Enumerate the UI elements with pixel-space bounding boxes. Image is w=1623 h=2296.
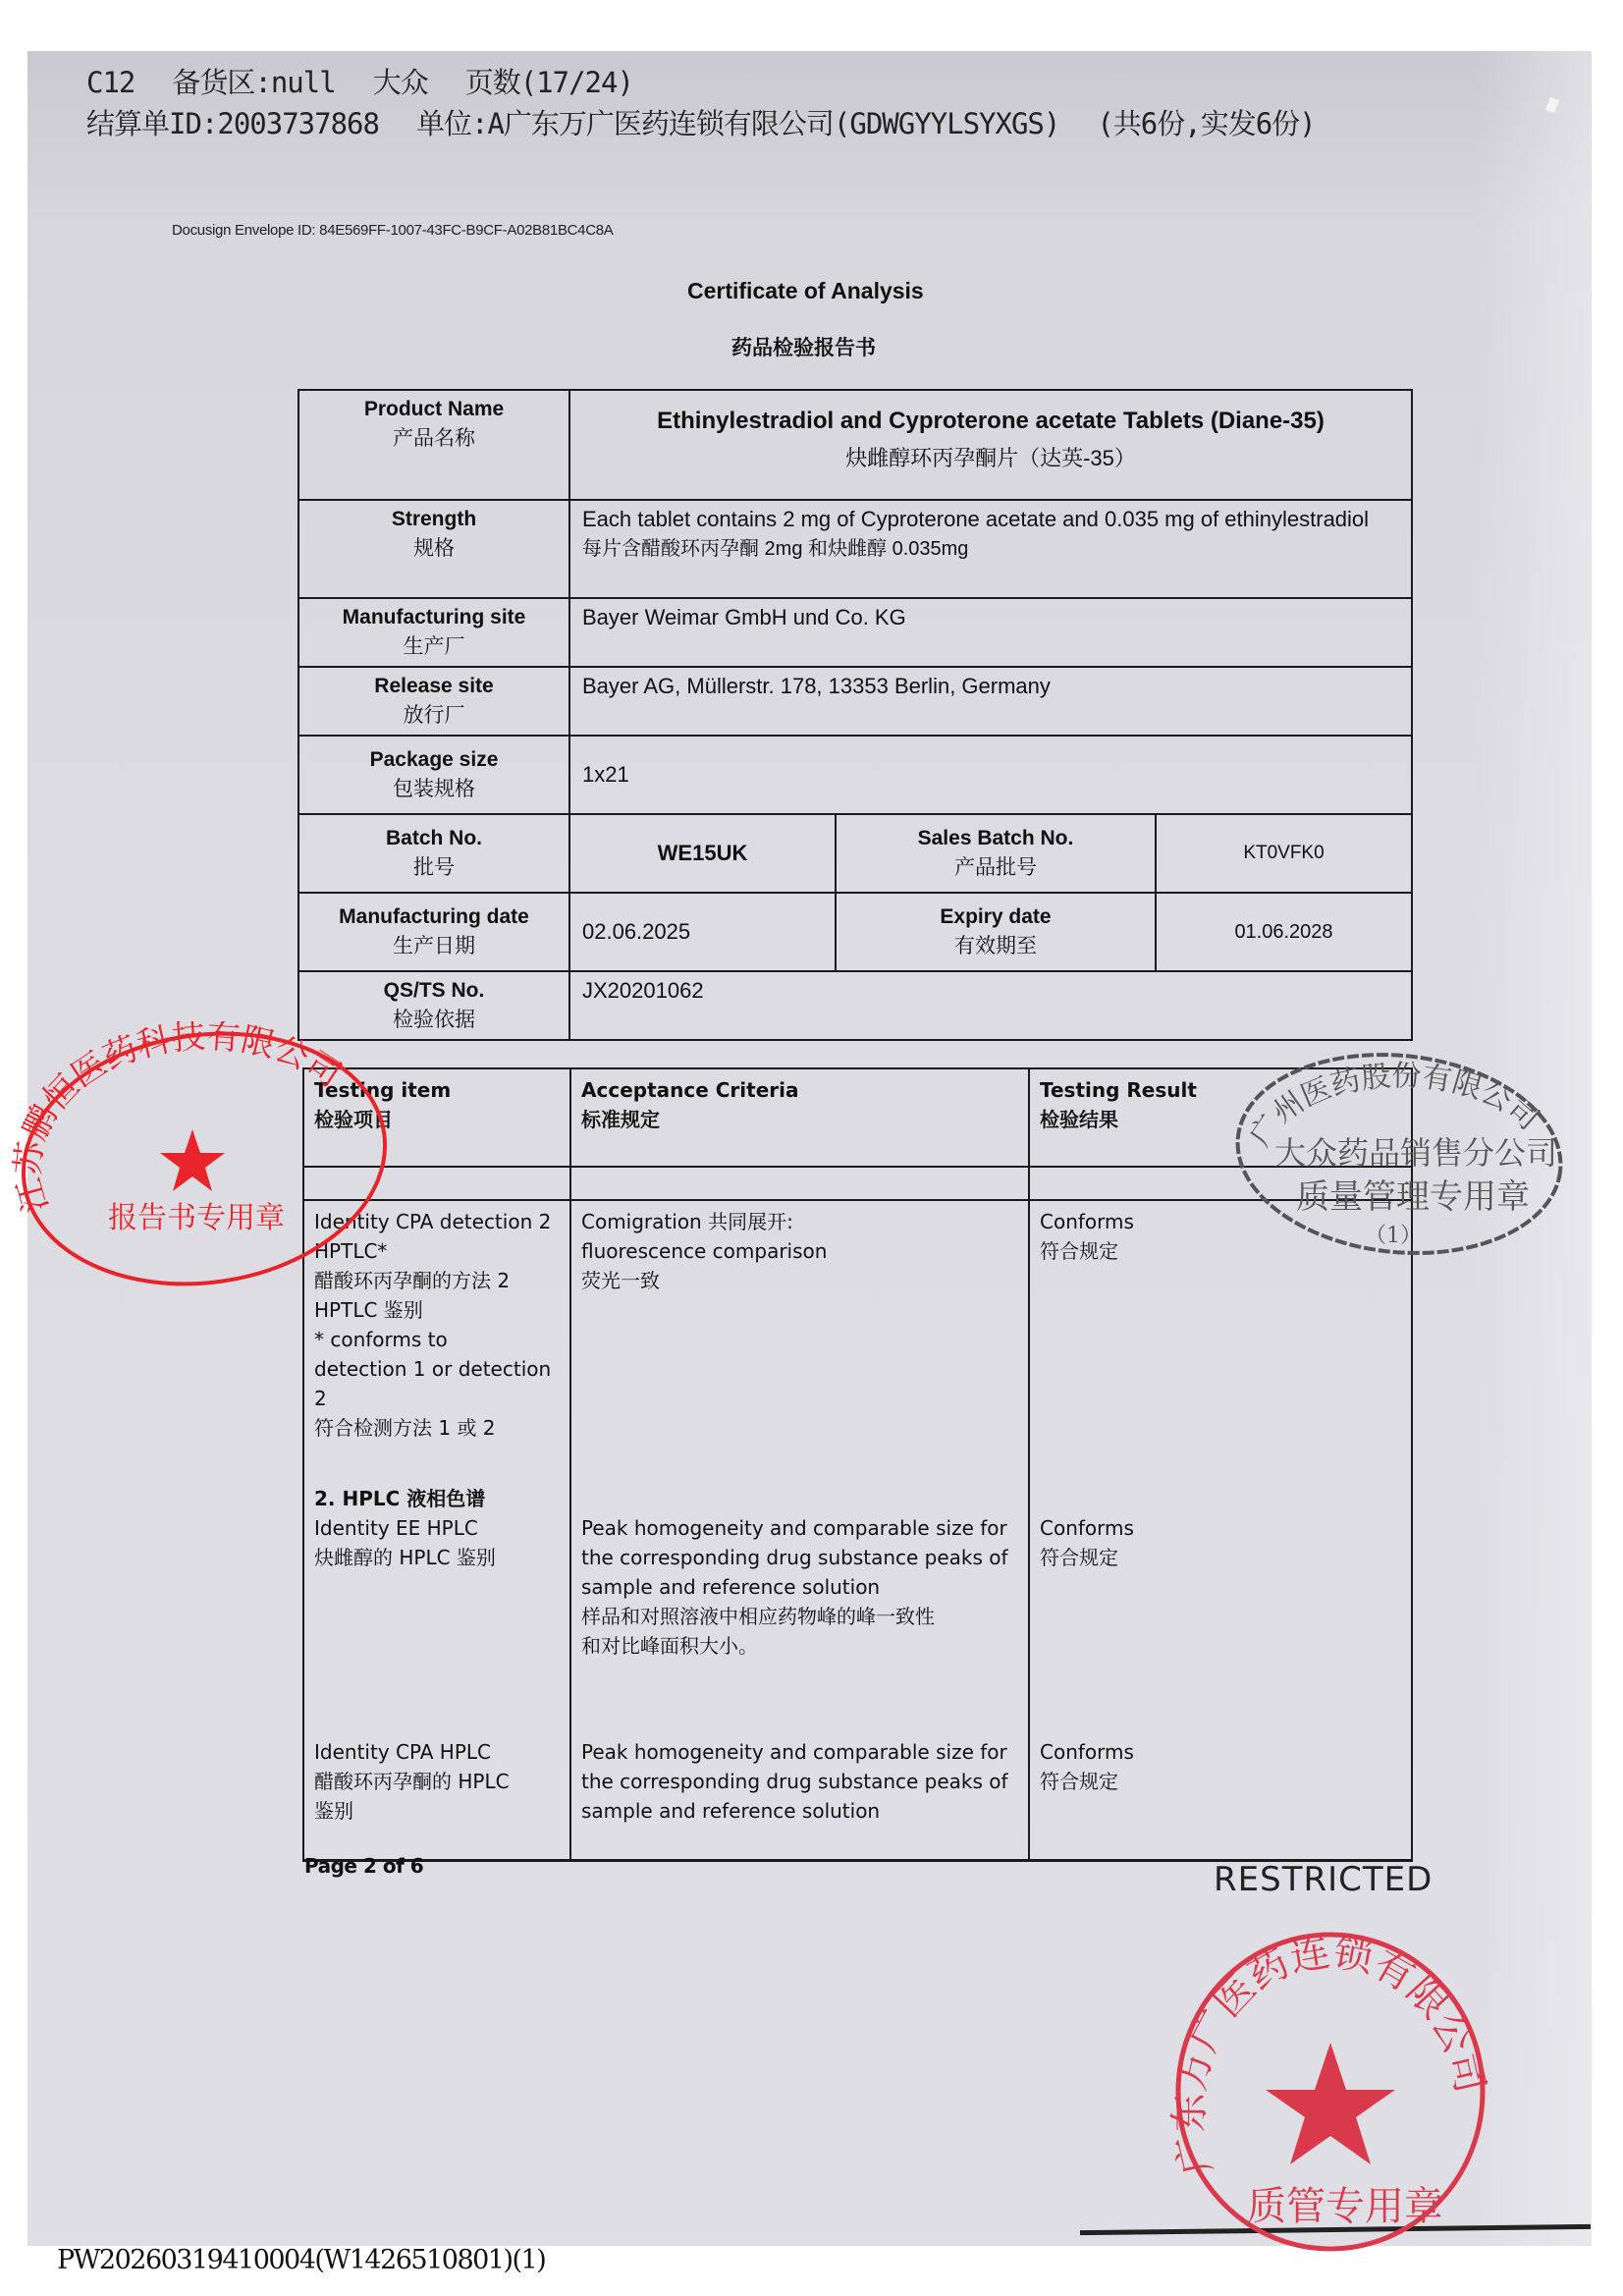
label-zh: 生产日期 [311, 932, 557, 961]
label: Manufacturing site [343, 606, 526, 629]
product-name-value: Ethinylestradiol and Cyproterone acetate… [582, 407, 1399, 436]
gap [314, 1672, 560, 1737]
label-zh: 检验依据 [311, 1006, 557, 1035]
header-testing-result: Testing Result [1040, 1075, 1401, 1105]
row-release-site: Release site放行厂 Bayer AG, Müllerstr. 178… [298, 667, 1412, 736]
header-testing-item: Testing item [314, 1075, 560, 1105]
docusign-envelope-id: Docusign Envelope ID: 84E569FF-1007-43FC… [172, 222, 614, 239]
testing-item-line: Identity CPA detection 2 [314, 1207, 560, 1236]
product-name-zh: 炔雌醇环丙孕酮片（达英-35） [582, 444, 1399, 473]
testing-result-line: Conforms [1040, 1513, 1401, 1543]
label: Batch No. [386, 827, 482, 849]
row-batch: Batch No.批号 WE15UK Sales Batch No.产品批号 K… [298, 814, 1412, 893]
unit-name: 单位:A广东万广医药连锁有限公司(GDWGYYLSYXGS) [416, 107, 1059, 140]
scan-header-line2: 结算单ID:2003737868单位:A广东万广医药连锁有限公司(GDWGYYL… [86, 102, 1353, 142]
row-qs-ts: QS/TS No.检验依据 JX20201062 [298, 971, 1412, 1040]
acceptance-criteria-line: the corresponding drug substance peaks o… [581, 1767, 1018, 1796]
gap [314, 1454, 560, 1484]
qs-ts-no-value: JX20201062 [569, 971, 1412, 1040]
acceptance-criteria-line: Peak homogeneity and comparable size for [581, 1513, 1018, 1543]
row-dates: Manufacturing date生产日期 02.06.2025 Expiry… [298, 893, 1412, 971]
testing-result-line: Conforms [1040, 1207, 1401, 1236]
label-zh: 规格 [311, 534, 557, 564]
acceptance-criteria-line: Peak homogeneity and comparable size for [581, 1737, 1018, 1767]
section-hplc: 2. HPLC 液相色谱 [314, 1484, 560, 1513]
spacer-row [303, 1167, 1412, 1200]
page-count: 页数(17/24) [465, 66, 633, 99]
document-title-zh: 药品检验报告书 [731, 332, 876, 361]
testing-item-line: 2 [314, 1384, 560, 1413]
row-strength: Strength规格 Each tablet contains 2 mg of … [298, 500, 1412, 598]
gap [581, 1484, 1018, 1513]
scan-header-line1: C12备货区:null大众页数(17/24) [86, 61, 671, 101]
testing-result-line: 符合规定 [1040, 1236, 1401, 1266]
row-manufacturing-site: Manufacturing site生产厂 Bayer Weimar GmbH … [298, 598, 1412, 667]
settlement-id: 结算单ID:2003737868 [86, 107, 379, 140]
expiry-date-value: 01.06.2028 [1156, 893, 1412, 971]
gap [581, 1454, 1018, 1484]
testing-item-line: 符合检测方法 1 或 2 [314, 1413, 560, 1443]
label: QS/TS No. [384, 979, 485, 1002]
testing-item-line: detection 1 or detection [314, 1354, 560, 1384]
copies-count: (共6份,实发6份) [1097, 107, 1315, 140]
acceptance-criteria-line: sample and reference solution [581, 1796, 1018, 1826]
strength-zh: 每片含醋酸环丙孕酮 2mg 和炔雌醇 0.035mg [582, 534, 1399, 564]
testing-table: Testing item检验项目 Acceptance Criteria标准规定… [302, 1067, 1413, 1862]
test-row-cpa-hplc: Identity CPA HPLC醋酸环丙孕酮的 HPLC鉴别 Peak hom… [303, 1667, 1412, 1861]
shelf-code: C12 [86, 66, 135, 99]
label-zh: 包装规格 [311, 775, 557, 804]
label: Strength [392, 508, 476, 530]
stock-area: 备货区:null [172, 66, 335, 99]
footer-code: PW20260319410004(W1426510801)(1) [57, 2245, 545, 2275]
product-info-table: Product Name产品名称 Ethinylestradiol and Cy… [298, 389, 1413, 1041]
testing-table-header: Testing item检验项目 Acceptance Criteria标准规定… [303, 1068, 1412, 1167]
manufacturing-date-value: 02.06.2025 [569, 893, 836, 971]
acceptance-criteria-line: 样品和对照溶液中相应药物峰的峰一致性 [581, 1602, 1018, 1631]
header-acceptance-criteria: Acceptance Criteria [581, 1075, 1018, 1105]
gap [1040, 1672, 1401, 1737]
testing-item-line: HPTLC* [314, 1236, 560, 1266]
batch-no-value: WE15UK [569, 814, 836, 893]
sales-batch-no-value: KT0VFK0 [1156, 814, 1412, 893]
label: Package size [370, 748, 499, 771]
testing-item-line: 鉴别 [314, 1796, 560, 1826]
label: Release site [374, 675, 493, 697]
testing-item-line: Identity EE HPLC [314, 1513, 560, 1543]
test-row-ee-hplc: 2. HPLC 液相色谱Identity EE HPLC炔雌醇的 HPLC 鉴别… [303, 1449, 1412, 1667]
label-zh: 放行厂 [311, 701, 557, 731]
label-zh: 生产厂 [311, 632, 557, 662]
manufacturing-site-value: Bayer Weimar GmbH und Co. KG [569, 598, 1412, 667]
acceptance-criteria-line: the corresponding drug substance peaks o… [581, 1543, 1018, 1572]
customer-type: 大众 [373, 66, 428, 99]
label-zh: 有效期至 [848, 932, 1143, 961]
testing-result-line: 符合规定 [1040, 1767, 1401, 1796]
testing-result-line: 符合规定 [1040, 1543, 1401, 1572]
row-package-size: Package size包装规格 1x21 [298, 736, 1412, 814]
testing-result-line: Conforms [1040, 1737, 1401, 1767]
label-zh: 产品批号 [848, 853, 1143, 883]
label: Product Name [364, 398, 504, 420]
test-row-cpa-hptlc: Identity CPA detection 2HPTLC*醋酸环丙孕酮的方法 … [303, 1200, 1412, 1449]
strength-value: Each tablet contains 2 mg of Cyproterone… [582, 505, 1399, 534]
gap [1040, 1454, 1401, 1484]
package-size-value: 1x21 [569, 736, 1412, 814]
acceptance-criteria-line: sample and reference solution [581, 1572, 1018, 1602]
label-zh: 产品名称 [311, 424, 557, 454]
acceptance-criteria-line: Comigration 共同展开: [581, 1207, 1018, 1236]
testing-item-line: HPTLC 鉴别 [314, 1295, 560, 1325]
label: Manufacturing date [339, 905, 529, 928]
testing-item-line: 醋酸环丙孕酮的方法 2 [314, 1266, 560, 1295]
acceptance-criteria-line: fluorescence comparison [581, 1236, 1018, 1266]
header-acceptance-criteria-zh: 标准规定 [581, 1105, 1018, 1134]
classification-label: RESTRICTED [1214, 1860, 1433, 1899]
header-testing-item-zh: 检验项目 [314, 1105, 560, 1134]
label: Expiry date [940, 905, 1051, 928]
testing-item-line: 炔雌醇的 HPLC 鉴别 [314, 1543, 560, 1572]
testing-item-line: * conforms to [314, 1325, 560, 1354]
page-number: Page 2 of 6 [304, 1854, 423, 1878]
label: Sales Batch No. [918, 827, 1074, 849]
testing-item-line: 醋酸环丙孕酮的 HPLC [314, 1767, 560, 1796]
acceptance-criteria-line: 荧光一致 [581, 1266, 1018, 1295]
testing-item-line: Identity CPA HPLC [314, 1737, 560, 1767]
header-testing-result-zh: 检验结果 [1040, 1105, 1401, 1134]
document-title: Certificate of Analysis [687, 278, 924, 304]
gap [581, 1672, 1018, 1737]
gap [1040, 1484, 1401, 1513]
release-site-value: Bayer AG, Müllerstr. 178, 13353 Berlin, … [569, 667, 1412, 736]
label-zh: 批号 [311, 853, 557, 883]
row-product-name: Product Name产品名称 Ethinylestradiol and Cy… [298, 390, 1412, 500]
acceptance-criteria-line: 和对比峰面积大小。 [581, 1631, 1018, 1661]
